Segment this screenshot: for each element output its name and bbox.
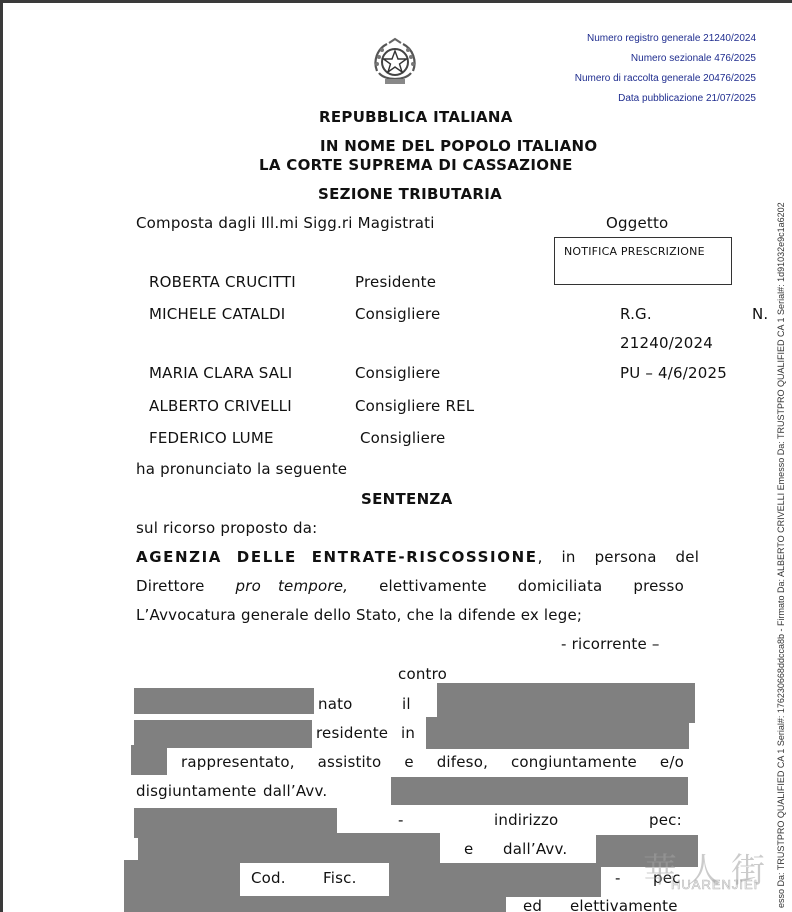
numero-sezionale: Numero sezionale 476/2025 [631,53,756,64]
title-in-nome: IN NOME DEL POPOLO ITALIANO [320,137,597,155]
data-pubblicazione: Data pubblicazione 21/07/2025 [618,93,756,104]
title-repubblica: REPUBBLICA ITALIANA [319,108,513,126]
judge-role: Consigliere [355,364,441,382]
judge-role: Consigliere [355,305,441,323]
direttore-line: Direttore pro tempore, elettivamente dom… [136,577,684,595]
agenzia-line: AGENZIA DELLE ENTRATE-RISCOSSIONE, in pe… [136,548,684,566]
contro-label: contro [398,665,447,683]
ed-label: ed [523,897,542,912]
ricorso-intro: sul ricorso proposto da: [136,519,317,537]
redaction-block [128,896,506,912]
word: difeso, [437,753,488,771]
e-label: e [464,840,473,858]
word: e/o [660,753,684,771]
cod-label: Cod. [251,869,286,887]
word: congiuntamente [511,753,637,771]
agenzia-name: AGENZIA DELLE ENTRATE-RISCOSSIONE [136,548,538,566]
raccolta-generale: Numero di raccolta generale 20476/2025 [575,73,756,84]
redaction-block [138,833,440,863]
residente-label: residente [316,724,388,742]
digital-signature-strip: esso Da: TRUSTPRO QUALIFIED CA 1 Serial#… [776,202,786,908]
oggetto-value: NOTIFICA PRESCRIZIONE [564,245,705,258]
pec-label: pec: [649,811,682,829]
agenzia-rest: , in persona del [538,548,699,566]
judge-role: Presidente [355,273,436,291]
redaction-block [134,720,312,748]
judge-name: MARIA CLARA SALI [149,364,292,382]
rg-number: 21240/2024 [620,334,713,352]
judge-role: Consigliere REL [355,397,474,415]
sentenza-heading: SENTENZA [361,490,453,508]
word: rappresentato, [181,753,295,771]
redaction-block [131,745,167,775]
judge-name: MICHELE CATALDI [149,305,285,323]
judge-name: FEDERICO LUME [149,429,274,447]
n-label: N. [752,305,768,323]
oggetto-box: NOTIFICA PRESCRIZIONE [554,237,732,285]
judge-role: Consigliere [360,429,446,447]
ricorrente-label: - ricorrente – [561,635,660,653]
judge-name: ALBERTO CRIVELLI [149,397,292,415]
rappresentato-line: rappresentato, assistito e difeso, congi… [181,753,684,771]
watermark: 華人街 HUARENJIEI [643,843,775,892]
registro-generale: Numero registro generale 21240/2024 [587,33,756,44]
word: presso [633,577,684,595]
word: Direttore [136,577,205,595]
fisc-label: Fisc. [323,869,357,887]
dall-avv-label: dall’Avv. [263,782,327,800]
nato-label: nato [318,695,353,713]
elettivamente-label: elettivamente [570,897,678,912]
italian-republic-emblem-icon [367,35,423,91]
redaction-block [426,717,689,749]
il-label: il [402,695,411,713]
udienza: PU – 4/6/2025 [620,364,727,382]
rg-label: R.G. [620,305,652,323]
watermark-en: HUARENJIEI [671,877,758,892]
word: e [404,753,413,771]
in-label: in [401,724,415,742]
redaction-block [134,688,314,714]
word: domiciliata [518,577,603,595]
dash-2: - [615,869,621,887]
avvocatura-line: L’Avvocatura generale dello Stato, che l… [136,606,582,624]
composition-outro: ha pronunciato la seguente [136,460,347,478]
oggetto-label: Oggetto [606,214,668,232]
redaction-block [389,863,601,897]
judge-name: ROBERTA CRUCITTI [149,273,296,291]
word: assistito [318,753,382,771]
word-italic: pro tempore, [236,577,349,595]
redaction-block [391,777,688,805]
title-sezione: SEZIONE TRIBUTARIA [318,185,502,203]
disgiuntamente-label: disgiuntamente [136,782,257,800]
dall-avv-label-2: dall’Avv. [503,840,567,858]
document-page: Numero registro generale 21240/2024 Nume… [3,3,792,912]
word: elettivamente [379,577,487,595]
composition-intro: Composta dagli Ill.mi Sigg.ri Magistrati [136,214,435,232]
title-corte: LA CORTE SUPREMA DI CASSAZIONE [259,156,573,174]
indirizzo-label: indirizzo [494,811,558,829]
dash: - [398,811,404,829]
